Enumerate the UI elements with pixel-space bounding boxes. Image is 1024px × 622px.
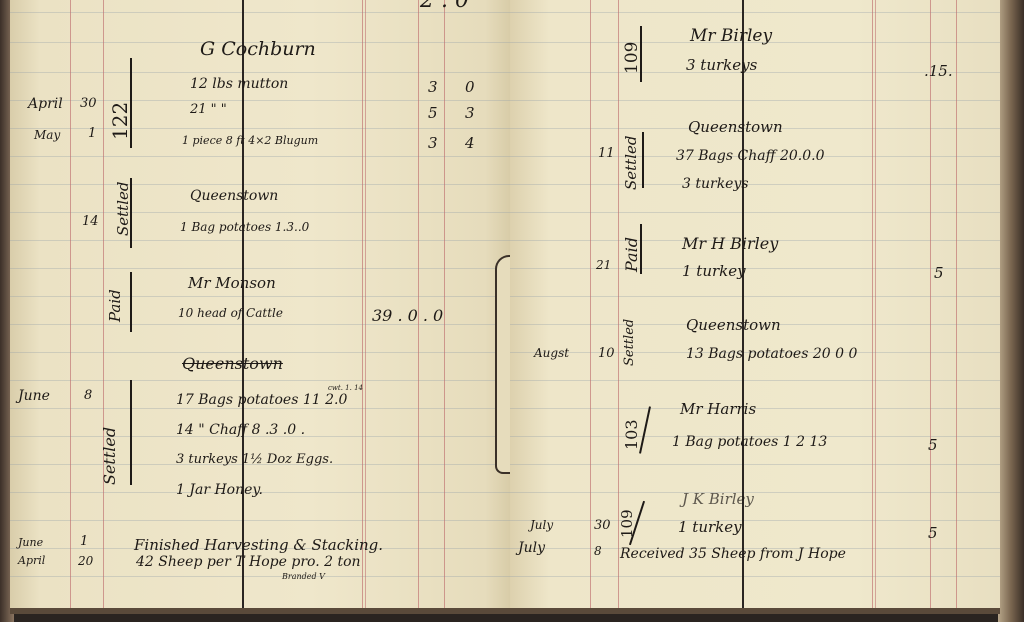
line-text: 3 turkeys	[682, 176, 749, 192]
amount: 5	[928, 436, 938, 454]
line-text: 3 turkeys	[686, 56, 757, 74]
date-day: 30	[594, 518, 611, 533]
date-month: May	[34, 128, 60, 142]
amount: 3	[465, 104, 475, 122]
date-month: July	[530, 518, 553, 532]
line-text: 17 Bags potatoes 11 2.0	[176, 392, 347, 408]
date-month: April	[18, 554, 45, 567]
page-fold-crease	[495, 255, 510, 474]
amount: 5	[428, 104, 438, 122]
account-number: 109	[618, 509, 636, 538]
date-day: 11	[598, 146, 615, 161]
amount: 0	[465, 78, 475, 96]
date-day: 14	[82, 214, 99, 229]
left-ledger-page: 2 . 0 122 G Cochburn 12 lbs mutton 3 0 A…	[10, 0, 510, 614]
entry-header: Mr H Birley	[682, 234, 778, 253]
account-number: 103	[622, 419, 641, 450]
line-text: 3 turkeys 1½ Doz Eggs.	[176, 452, 333, 467]
date-day: 10	[598, 346, 615, 361]
line-text: 14 " Chaff 8 .3 .0 .	[176, 422, 305, 438]
account-number: 122	[108, 102, 132, 140]
footer-subnote: Branded V	[282, 572, 325, 581]
amount: 39 . 0 . 0	[372, 306, 443, 325]
entry-header: J K Birley	[682, 490, 754, 508]
top-fragment-amount: 2 . 0	[420, 0, 469, 13]
status-paid: Paid	[622, 237, 641, 272]
date-day: 1	[88, 126, 96, 141]
line-text: 37 Bags Chaff 20.0.0	[676, 148, 824, 164]
status-settled: Settled	[622, 136, 640, 191]
right-ledger-page: 109 Mr Birley 3 turkeys .15. Settled 11 …	[510, 0, 1000, 614]
entry-header: Queenstown	[688, 118, 783, 136]
entry-header: Queenstown	[190, 188, 278, 204]
line-text: 13 Bags potatoes 20 0 0	[686, 346, 857, 362]
date-day: 30	[80, 96, 97, 111]
line-text: 12 lbs mutton	[190, 76, 288, 92]
date-day: 1	[80, 534, 88, 549]
amount: 4	[465, 134, 475, 152]
line-text: 1 turkey	[682, 262, 746, 280]
entry-header: G Cochburn	[200, 38, 316, 60]
date-month: June	[18, 536, 43, 549]
date-day: 8	[594, 544, 602, 558]
amount: .15.	[924, 62, 953, 80]
line-text: 1 turkey	[678, 518, 742, 536]
book-cover-right-edge	[998, 0, 1024, 622]
footer-note: Finished Harvesting & Stacking.	[134, 536, 383, 554]
footer-note: 42 Sheep per T Hope pro. 2 ton	[136, 554, 361, 570]
date-month: June	[18, 388, 50, 404]
amount: 5	[928, 524, 938, 542]
line-text: 10 head of Cattle	[178, 306, 283, 320]
entry-header: Mr Harris	[680, 400, 756, 418]
footer-note: Received 35 Sheep from J Hope	[620, 546, 846, 562]
entry-header: Queenstown	[686, 316, 781, 334]
amount: 5	[934, 264, 944, 282]
entry-header: Mr Birley	[690, 26, 772, 46]
line-text: 1 Bag potatoes 1.3..0	[180, 220, 309, 234]
amount: 3	[428, 134, 438, 152]
status-paid: Paid	[106, 289, 124, 322]
status-settled: Settled	[622, 319, 637, 366]
entry-header: Queenstown	[182, 354, 283, 373]
line-text: 21 " "	[190, 102, 227, 117]
entry-header: Mr Monson	[188, 274, 276, 292]
date-day: 8	[84, 388, 92, 403]
line-text: 1 Bag potatoes 1 2 13	[672, 434, 827, 450]
date-month: July	[518, 540, 545, 556]
weight-note: cwt. 1. 14	[328, 384, 363, 392]
account-number: 109	[622, 42, 642, 74]
date-month: April	[28, 96, 63, 112]
line-text: 1 Jar Honey.	[176, 482, 263, 498]
binding-thread	[742, 0, 744, 608]
line-text: 1 piece 8 ft 4×2 Blugum	[182, 134, 318, 147]
date-month: Augst	[534, 346, 569, 360]
amount: 3	[428, 78, 438, 96]
status-settled: Settled	[114, 182, 132, 237]
status-settled: Settled	[100, 427, 119, 485]
date-day: 20	[78, 554, 93, 568]
date-day: 21	[596, 258, 611, 272]
